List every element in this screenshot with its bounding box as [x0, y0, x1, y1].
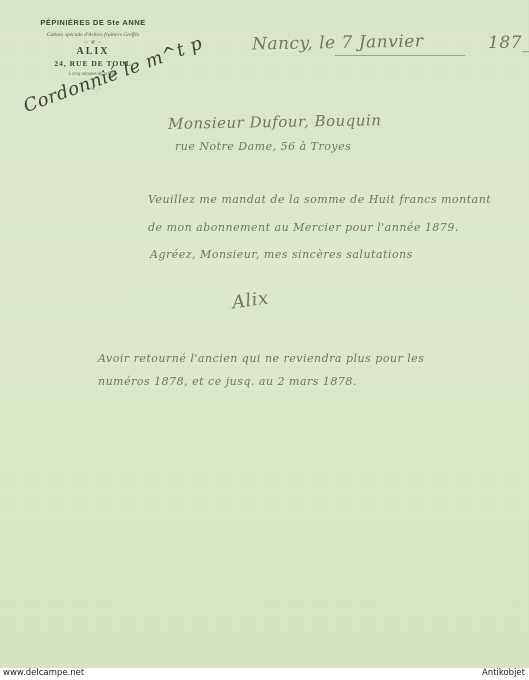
letterhead-subtitle: Culture spéciale d'Arbres fruitiers Gref…	[18, 32, 168, 38]
body-line-1: Veuillez me mandat de la somme de Huit f…	[148, 193, 491, 206]
body-line-2: de mon abonnement au Mercier pour l'anné…	[148, 221, 459, 234]
letter-year: 187_	[488, 33, 529, 53]
place-date: Nancy, le 7 Janvier	[252, 32, 424, 55]
signature: Alix	[231, 288, 270, 314]
recipient-line-1: Monsieur Dufour, Bouquin	[168, 111, 382, 133]
watermark-footer: www.delcampe.net Antikobjet	[0, 668, 529, 680]
postscript-line-1: Avoir retourné l'ancien qui ne reviendra…	[98, 352, 424, 365]
seller-watermark: Antikobjet	[482, 668, 525, 678]
letter-scan: PÉPINIÈRES DE Ste ANNE Culture spéciale …	[0, 0, 529, 668]
source-watermark: www.delcampe.net	[3, 668, 84, 678]
body-line-3: Agréez, Monsieur, mes sincères salutatio…	[150, 248, 413, 261]
postscript-line-2: numéros 1878, et ce jusq. au 2 mars 1878…	[98, 375, 357, 388]
recipient-line-2: rue Notre Dame, 56 à Troyes	[175, 140, 351, 153]
letterhead-title: PÉPINIÈRES DE Ste ANNE	[18, 18, 168, 27]
date-underline	[335, 55, 465, 56]
